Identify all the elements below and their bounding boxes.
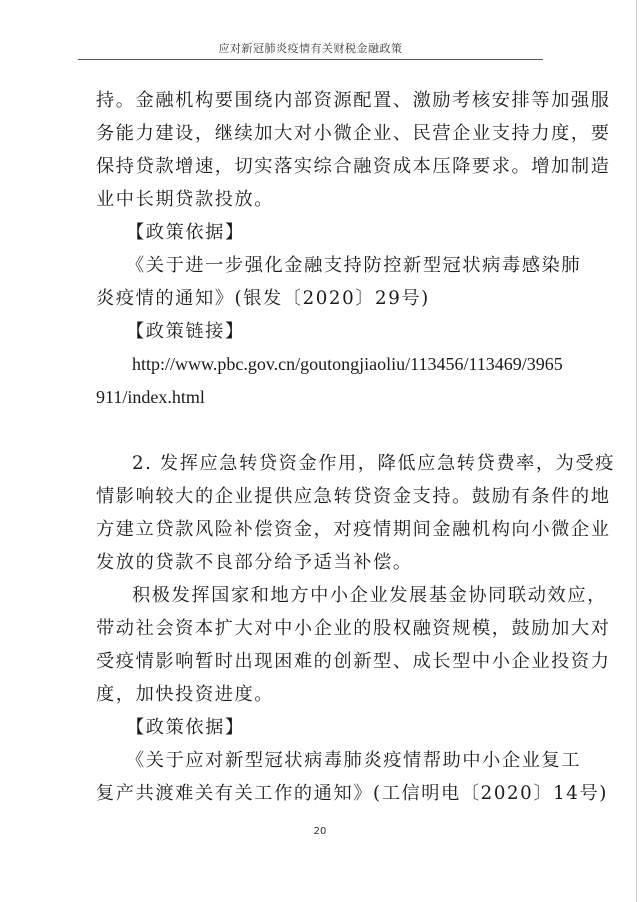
policy-link-url[interactable]: 911/index.html <box>96 381 548 414</box>
running-header: 应对新冠肺炎疫情有关财税金融政策 <box>78 40 543 56</box>
header-rule <box>78 59 543 60</box>
policy-basis-line: 《关于进一步强化金融支持防控新型冠状病毒感染肺 <box>96 249 548 282</box>
paragraph-line: 持。金融机构要围绕内部资源配置、激励考核安排等加强服 <box>96 84 548 117</box>
paragraph-line: 发放的贷款不良部分给予适当补偿。 <box>96 546 548 579</box>
paragraph-line: 方建立贷款风险补偿资金，对疫情期间金融机构向小微企业 <box>96 513 548 546</box>
paragraph-line: 情影响较大的企业提供应急转贷资金支持。鼓励有条件的地 <box>96 480 548 513</box>
policy-basis-heading: 【政策依据】 <box>96 711 548 744</box>
paragraph-line: 保持贷款增速，切实落实综合融资成本压降要求。增加制造 <box>96 150 548 183</box>
policy-basis-line: 复产共渡难关有关工作的通知》(工信明电〔2020〕14号) <box>96 777 548 810</box>
paragraph-line: 积极发挥国家和地方中小企业发展基金协同联动效应， <box>96 579 548 612</box>
policy-link-heading: 【政策链接】 <box>96 315 548 348</box>
paragraph-line: 2. 发挥应急转贷资金作用，降低应急转贷费率，为受疫 <box>96 447 548 480</box>
policy-link-url[interactable]: http://www.pbc.gov.cn/goutongjiaoliu/113… <box>96 348 548 381</box>
policy-basis-heading: 【政策依据】 <box>96 216 548 249</box>
page-number: 20 <box>0 826 640 837</box>
policy-basis-line: 《关于应对新型冠状病毒肺炎疫情帮助中小企业复工 <box>96 744 548 777</box>
section-gap <box>96 414 548 447</box>
paragraph-line: 受疫情影响暂时出现困难的创新型、成长型中小企业投资力 <box>96 645 548 678</box>
paragraph-line: 带动社会资本扩大对中小企业的股权融资规模，鼓励加大对 <box>96 612 548 645</box>
document-body: 持。金融机构要围绕内部资源配置、激励考核安排等加强服 务能力建设，继续加大对小微… <box>96 84 548 810</box>
paragraph-line: 度，加快投资进度。 <box>96 678 548 711</box>
policy-basis-line: 炎疫情的通知》(银发〔2020〕29号) <box>96 282 548 315</box>
paragraph-line: 业中长期贷款投放。 <box>96 183 548 216</box>
page-edge <box>636 0 637 902</box>
paragraph-line: 务能力建设，继续加大对小微企业、民营企业支持力度，要 <box>96 117 548 150</box>
